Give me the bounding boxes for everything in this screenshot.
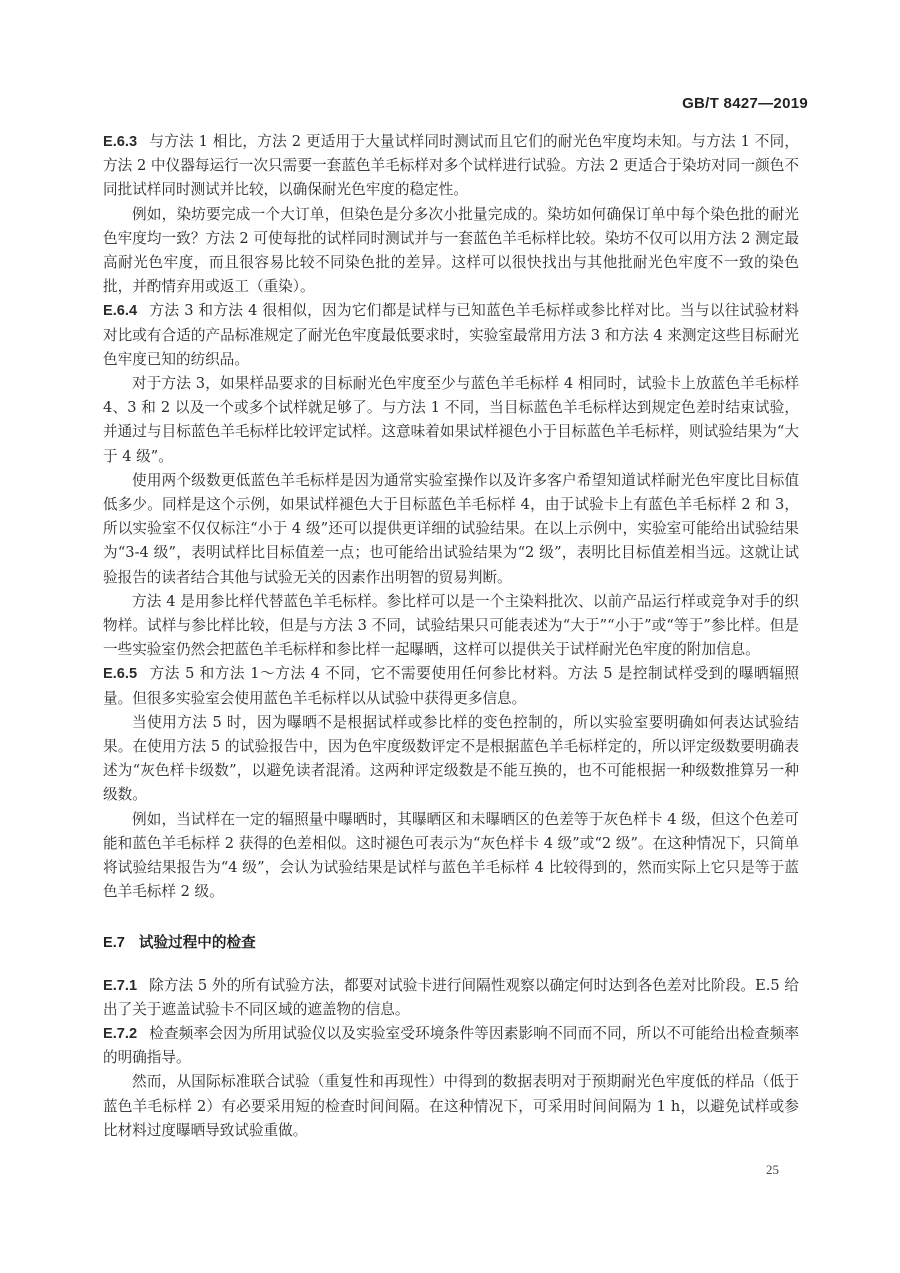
clause-e-6-3: E.6.3与方法 1 相比，方法 2 更适用于大量试样同时测试而且它们的耐光色牢… xyxy=(103,130,799,203)
document-body: E.6.3与方法 1 相比，方法 2 更适用于大量试样同时测试而且它们的耐光色牢… xyxy=(103,130,799,1143)
heading-text: 试验过程中的检查 xyxy=(139,934,256,951)
paragraph: 使用两个级数更低蓝色羊毛标样是因为通常实验室操作以及许多客户希望知道试样耐光色牢… xyxy=(103,469,799,590)
clause-text: 与方法 1 相比，方法 2 更适用于大量试样同时测试而且它们的耐光色牢度均未知。… xyxy=(103,133,799,198)
clause-text: 方法 5 和方法 1～方法 4 不同，它不需要使用任何参比材料。方法 5 是控制… xyxy=(103,665,799,706)
clause-number: E.7.2 xyxy=(103,1026,137,1042)
paragraph: 例如，当试样在一定的辐照量中曝晒时，其曝晒区和未曝晒区的色差等于灰色样卡 4 级… xyxy=(103,808,799,905)
page-number: 25 xyxy=(766,1162,779,1178)
paragraph: 方法 4 是用参比样代替蓝色羊毛标样。参比样可以是一个主染料批次、以前产品运行样… xyxy=(103,590,799,663)
standard-code: GB/T 8427—2019 xyxy=(682,95,808,112)
clause-text: 检查频率会因为所用试验仪以及实验室受环境条件等因素影响不同而不同，所以不可能给出… xyxy=(103,1025,799,1066)
clause-e-7-1: E.7.1除方法 5 外的所有试验方法，都要对试验卡进行间隔性观察以确定何时达到… xyxy=(103,974,799,1022)
clause-text: 除方法 5 外的所有试验方法，都要对试验卡进行间隔性观察以确定何时达到各色差对比… xyxy=(103,977,799,1018)
clause-e-6-4: E.6.4方法 3 和方法 4 很相似，因为它们都是试样与已知蓝色羊毛标样或参比… xyxy=(103,299,799,372)
clause-number: E.6.5 xyxy=(103,666,137,682)
paragraph: 例如，染坊要完成一个大订单，但染色是分多次小批量完成的。染坊如何确保订单中每个染… xyxy=(103,203,799,300)
paragraph: 当使用方法 5 时，因为曝晒不是根据试样或参比样的变色控制的，所以实验室要明确如… xyxy=(103,711,799,808)
paragraph: 对于方法 3，如果样品要求的目标耐光色牢度至少与蓝色羊毛标样 4 相同时，试验卡… xyxy=(103,372,799,469)
clause-number: E.6.4 xyxy=(103,303,137,319)
clause-number: E.6.3 xyxy=(103,134,137,150)
heading-number: E.7 xyxy=(103,935,125,951)
section-heading-e-7: E.7试验过程中的检查 xyxy=(103,931,799,955)
clause-number: E.7.1 xyxy=(103,978,137,994)
clause-e-6-5: E.6.5方法 5 和方法 1～方法 4 不同，它不需要使用任何参比材料。方法 … xyxy=(103,662,799,710)
clause-e-7-2: E.7.2检查频率会因为所用试验仪以及实验室受环境条件等因素影响不同而不同，所以… xyxy=(103,1022,799,1070)
paragraph: 然而，从国际标准联合试验（重复性和再现性）中得到的数据表明对于预期耐光色牢度低的… xyxy=(103,1070,799,1143)
clause-text: 方法 3 和方法 4 很相似，因为它们都是试样与已知蓝色羊毛标样或参比样对比。当… xyxy=(103,302,799,367)
